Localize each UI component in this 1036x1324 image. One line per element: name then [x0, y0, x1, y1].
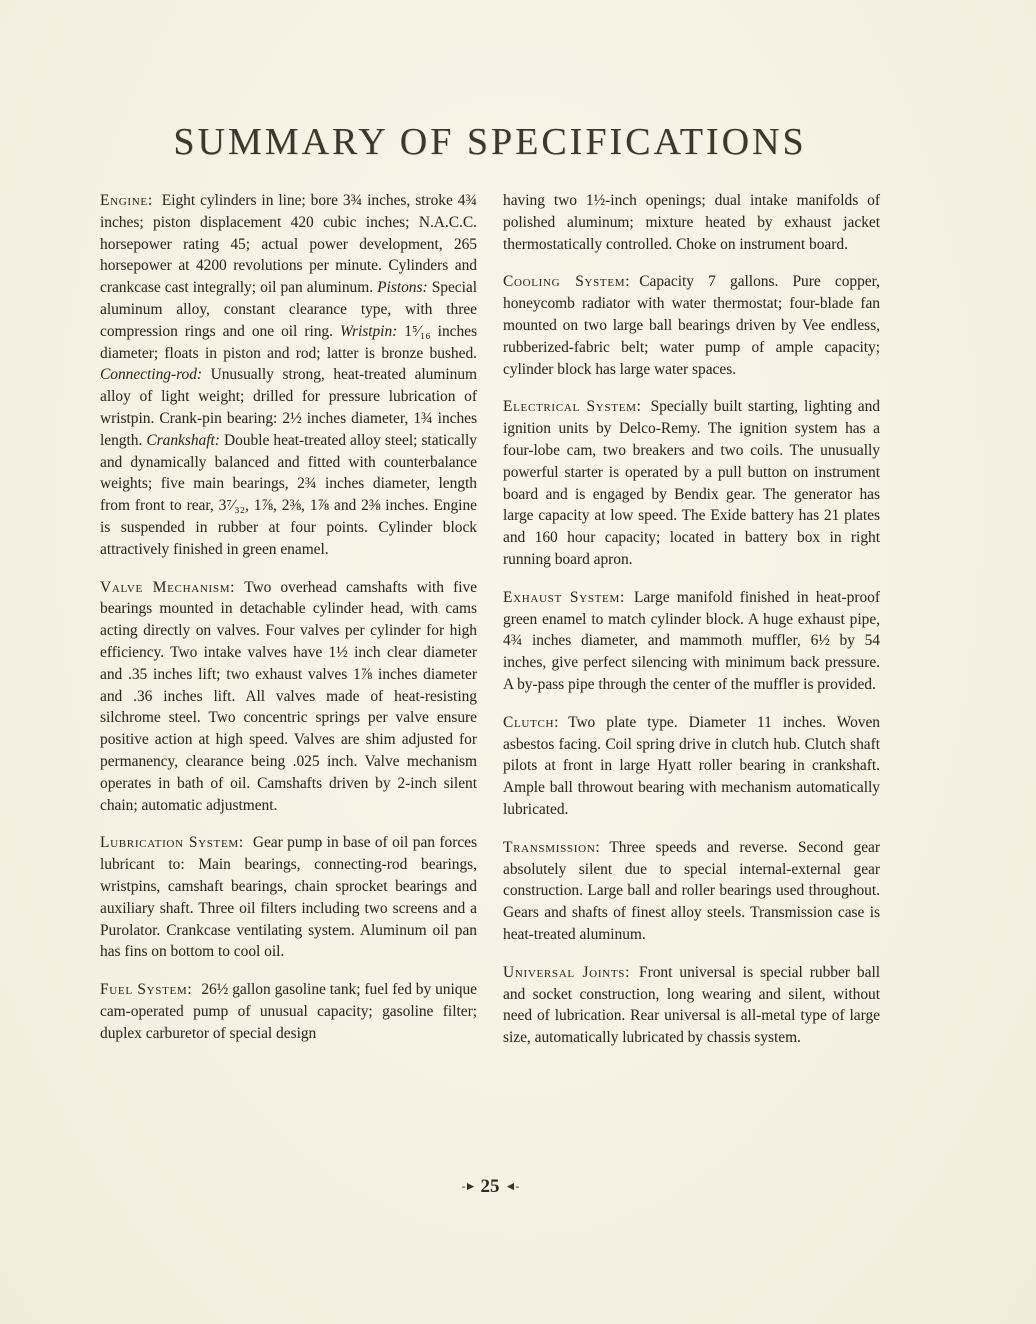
section-label: Transmission:: [503, 839, 600, 856]
left-column: Engine:Eight cylinders in line; bore 3¾ …: [100, 190, 477, 1065]
document-page: SUMMARY OF SPECIFICATIONS Engine:Eight c…: [0, 0, 1036, 1324]
section-label: Cooling System:: [503, 273, 630, 290]
section-label: Exhaust System:: [503, 589, 625, 606]
section-label: Electrical System:: [503, 398, 642, 415]
section-label: Universal Joints:: [503, 964, 630, 981]
section-label: Lubrication System:: [100, 834, 244, 851]
spec-section-lubrication-system: Lubrication System:Gear pump in base of …: [100, 832, 477, 963]
section-label: Valve Mechanism:: [100, 579, 235, 596]
section-text: Gear pump in base of oil pan forces lubr…: [100, 834, 477, 960]
section-text: Pistons:: [377, 279, 432, 296]
spec-section-continued: having two 1½-inch openings; dual intake…: [503, 190, 880, 255]
page-number: -► 25 ◄-: [100, 1176, 880, 1198]
section-text: Two plate type. Diameter 11 inches. Wove…: [503, 714, 880, 818]
section-text: Crankshaft:: [146, 432, 224, 449]
section-text: Double heat-treated alloy steel; statica…: [100, 432, 477, 558]
section-text: Two overhead camshafts with five bearing…: [100, 579, 477, 814]
section-text: Specially built starting, lighting and i…: [503, 398, 880, 568]
section-text: Connecting-rod:: [100, 366, 211, 383]
spec-section-exhaust-system: Exhaust System:Large manifold finished i…: [503, 587, 880, 696]
page-number-value: 25: [478, 1176, 503, 1197]
right-column: having two 1½-inch openings; dual intake…: [503, 190, 880, 1065]
spec-section-engine: Engine:Eight cylinders in line; bore 3¾ …: [100, 190, 477, 561]
spec-section-transmission: Transmission:Three speeds and reverse. S…: [503, 837, 880, 946]
spec-section-fuel-system: Fuel System:26½ gallon gasoline tank; fu…: [100, 979, 477, 1044]
section-text: Wristpin:: [340, 323, 404, 340]
spec-section-clutch: Clutch:Two plate type. Diameter 11 inche…: [503, 712, 880, 821]
left-arrow-ornament: -►: [462, 1179, 478, 1193]
section-text: having two 1½-inch openings; dual intake…: [503, 192, 880, 253]
right-arrow-ornament: ◄-: [503, 1179, 519, 1193]
spec-section-electrical-system: Electrical System:Specially built starti…: [503, 396, 880, 570]
page-title: SUMMARY OF SPECIFICATIONS: [0, 120, 980, 164]
section-label: Engine:: [100, 192, 153, 209]
spec-columns: Engine:Eight cylinders in line; bore 3¾ …: [100, 190, 880, 1065]
spec-section-valve-mechanism: Valve Mechanism:Two overhead camshafts w…: [100, 577, 477, 817]
section-label: Fuel System:: [100, 981, 192, 998]
section-label: Clutch:: [503, 714, 559, 731]
spec-section-cooling-system: Cooling System:Capacity 7 gallons. Pure …: [503, 271, 880, 380]
spec-section-universal-joints: Universal Joints:Front universal is spec…: [503, 962, 880, 1049]
